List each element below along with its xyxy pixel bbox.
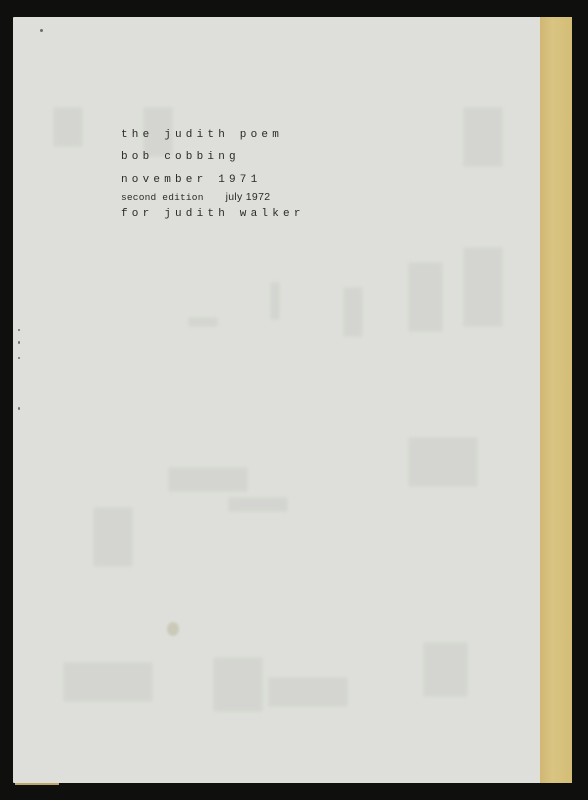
show-through-mark bbox=[270, 282, 280, 320]
binding-tape bbox=[540, 17, 572, 783]
show-through-mark bbox=[268, 677, 348, 707]
show-through-mark bbox=[343, 287, 363, 337]
title-line: the judith poem bbox=[121, 129, 283, 141]
paper-speck bbox=[18, 341, 20, 344]
show-through-mark bbox=[423, 642, 468, 697]
show-through-mark bbox=[213, 657, 263, 712]
bottom-edge bbox=[15, 783, 59, 785]
paper-speck bbox=[18, 407, 20, 410]
paper-speck bbox=[18, 357, 20, 359]
show-through-mark bbox=[168, 467, 248, 492]
show-through-mark bbox=[63, 662, 153, 702]
show-through-mark bbox=[463, 247, 503, 327]
show-through-mark bbox=[408, 437, 478, 487]
author-line: bob cobbing bbox=[121, 151, 240, 163]
edition-date: july 1972 bbox=[226, 191, 271, 203]
show-through-mark bbox=[463, 107, 503, 167]
show-through-mark bbox=[188, 317, 218, 327]
edition-line: second editionjuly 1972 bbox=[121, 191, 270, 203]
show-through-mark bbox=[228, 497, 288, 512]
show-through-mark bbox=[53, 107, 83, 147]
edition-label: second edition bbox=[121, 192, 204, 203]
date-line: november 1971 bbox=[121, 174, 261, 186]
show-through-mark bbox=[93, 507, 133, 567]
paper-speck bbox=[40, 29, 43, 32]
paper-stain bbox=[167, 622, 179, 636]
show-through-mark bbox=[408, 262, 443, 332]
paper-speck bbox=[18, 329, 20, 331]
dedication-line: for judith walker bbox=[121, 208, 305, 220]
document-page: the judith poem bob cobbing november 197… bbox=[13, 17, 572, 783]
